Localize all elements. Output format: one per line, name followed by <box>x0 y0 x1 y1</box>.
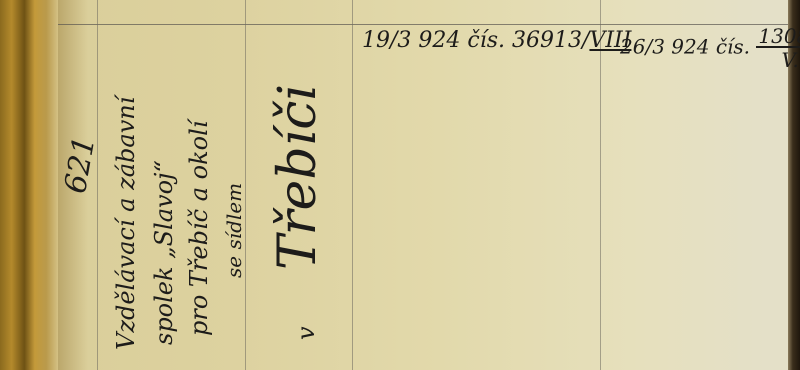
registration-2-number: 13087 <box>756 26 800 48</box>
registration-1-date: 19/3 924 <box>362 28 460 53</box>
association-name-line-1: Vzdělávací a zábavní <box>112 97 140 350</box>
register-page: 621 Vzdělávací a zábavní spolek „Slavoj“… <box>0 0 800 370</box>
seat-town: Třebíči <box>268 84 328 270</box>
registration-2-section: V. <box>756 48 800 70</box>
registration-2-abbr: čís. <box>716 35 750 59</box>
registration-1-number: 36913 <box>512 28 582 53</box>
column-divider-4 <box>600 0 601 370</box>
registration-1-abbr: čís. <box>467 28 505 53</box>
registration-2-date: 26/3 924 <box>620 35 709 59</box>
header-ruling-line <box>58 24 788 25</box>
book-binding <box>0 0 58 370</box>
seat-label: se sídlem <box>222 183 246 278</box>
registration-2-fraction: 13087 V. <box>756 26 800 70</box>
seat-prefix: v <box>292 326 320 340</box>
column-divider-3 <box>352 0 353 370</box>
column-divider-1 <box>97 0 98 370</box>
association-name-line-3: pro Třebíč a okolí <box>185 121 213 336</box>
registration-entry-2: 26/3 924 čís. 13087 V. <box>620 26 800 70</box>
association-name-line-2: spolek „Slavoj“ <box>150 160 178 345</box>
registration-entry-1: 19/3 924 čís. 36913/VIII <box>362 28 631 53</box>
